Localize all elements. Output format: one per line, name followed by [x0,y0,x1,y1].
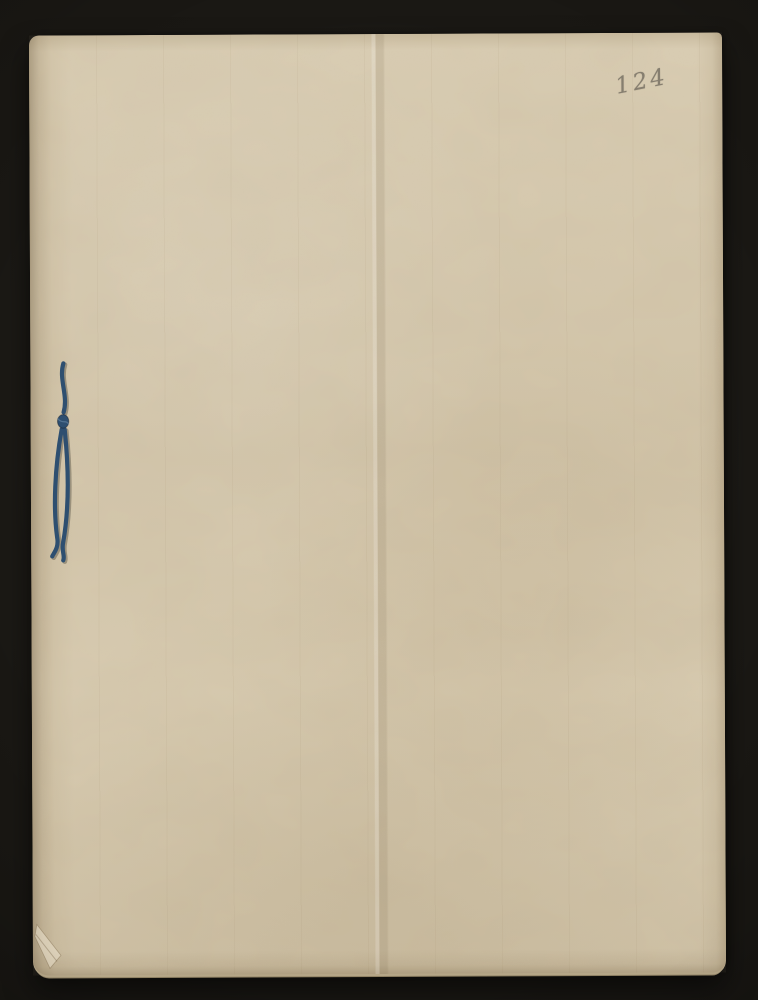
photo-background: 124 [0,0,758,1000]
manuscript-page: 124 [29,32,726,975]
binding-thread [29,32,726,975]
